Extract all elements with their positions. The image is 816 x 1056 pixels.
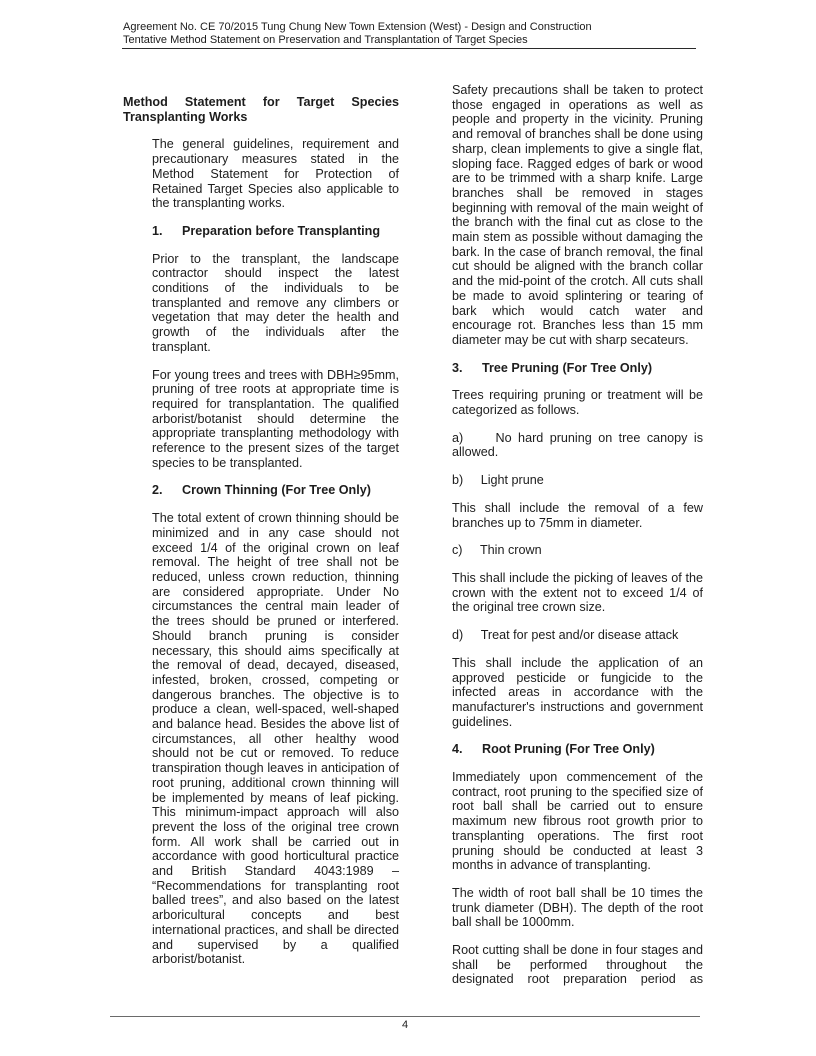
left-column: Method Statement for Target Species Tran…: [123, 95, 399, 980]
section-1-number: 1.: [152, 224, 182, 239]
section-3-heading: 3. Tree Pruning (For Tree Only): [452, 361, 703, 376]
list-item-b-description: This shall include the removal of a few …: [452, 501, 703, 530]
section-4-paragraph-1: Immediately upon commencement of the con…: [452, 770, 703, 873]
section-1-paragraph-1: Prior to the transplant, the landscape c…: [152, 252, 399, 355]
intro-paragraph: The general guidelines, requirement and …: [152, 137, 399, 211]
section-3-number: 3.: [452, 361, 482, 376]
section-2-title: Crown Thinning (For Tree Only): [182, 483, 399, 498]
section-4-title: Root Pruning (For Tree Only): [482, 742, 703, 757]
left-column-body: The general guidelines, requirement and …: [152, 137, 399, 967]
footer-rule: [110, 1016, 700, 1017]
page-number: 4: [110, 1019, 700, 1031]
header-rule: [122, 48, 696, 49]
list-item-b: b) Light prune: [452, 473, 703, 488]
section-2-heading: 2. Crown Thinning (For Tree Only): [152, 483, 399, 498]
header-subtitle-line: Tentative Method Statement on Preservati…: [123, 34, 703, 47]
section-3-paragraph-1: Trees requiring pruning or treatment wil…: [452, 388, 703, 417]
page-header: Agreement No. CE 70/2015 Tung Chung New …: [123, 21, 703, 47]
document-page: Agreement No. CE 70/2015 Tung Chung New …: [0, 0, 816, 1056]
section-4-paragraph-3: Root cutting shall be done in four stage…: [452, 943, 703, 987]
section-2-paragraph-1: The total extent of crown thinning shoul…: [152, 511, 399, 967]
list-item-c-description: This shall include the picking of leaves…: [452, 571, 703, 615]
header-agreement-line: Agreement No. CE 70/2015 Tung Chung New …: [123, 21, 703, 34]
section-2-number: 2.: [152, 483, 182, 498]
list-item-a: a) No hard pruning on tree canopy is all…: [452, 431, 703, 460]
section-1-heading: 1. Preparation before Transplanting: [152, 224, 399, 239]
section-1-paragraph-2: For young trees and trees with DBH≥95mm,…: [152, 368, 399, 471]
right-column: Safety precautions shall be taken to pro…: [452, 83, 703, 1022]
document-title: Method Statement for Target Species Tran…: [123, 95, 399, 124]
list-item-d: d) Treat for pest and/or disease attack: [452, 628, 703, 643]
safety-paragraph: Safety precautions shall be taken to pro…: [452, 83, 703, 348]
section-4-paragraph-2: The width of root ball shall be 10 times…: [452, 886, 703, 930]
section-3-title: Tree Pruning (For Tree Only): [482, 361, 703, 376]
section-4-heading: 4. Root Pruning (For Tree Only): [452, 742, 703, 757]
list-item-c: c) Thin crown: [452, 543, 703, 558]
list-item-d-description: This shall include the application of an…: [452, 656, 703, 730]
section-1-title: Preparation before Transplanting: [182, 224, 399, 239]
section-4-number: 4.: [452, 742, 482, 757]
